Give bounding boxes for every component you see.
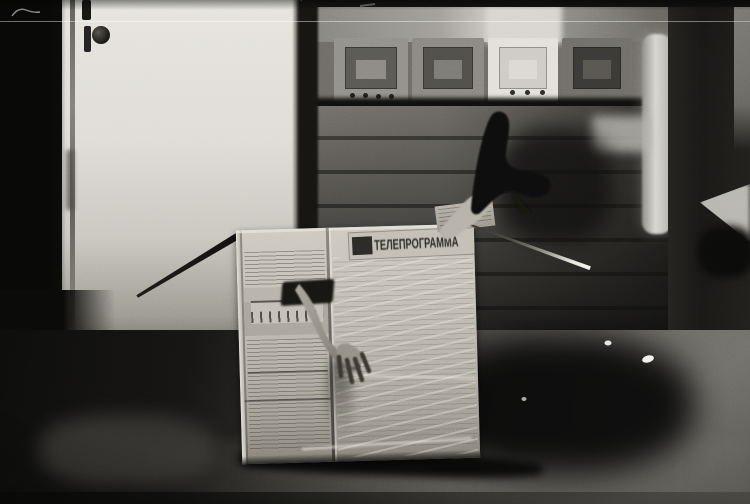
film-scratch-line [0,21,750,22]
corner-squiggle-scratch [12,9,40,16]
top-vignette [0,0,750,10]
ground-speck-2 [641,354,654,364]
figures-overlay [0,0,750,504]
boot-heel-mark [512,194,531,213]
ground-speck-3 [522,397,527,401]
boot [471,111,550,214]
ground-speck-1 [605,341,612,346]
wall-chalk-marks [506,10,542,14]
photograph: ТЕЛЕПРОГРАММА [0,0,750,504]
